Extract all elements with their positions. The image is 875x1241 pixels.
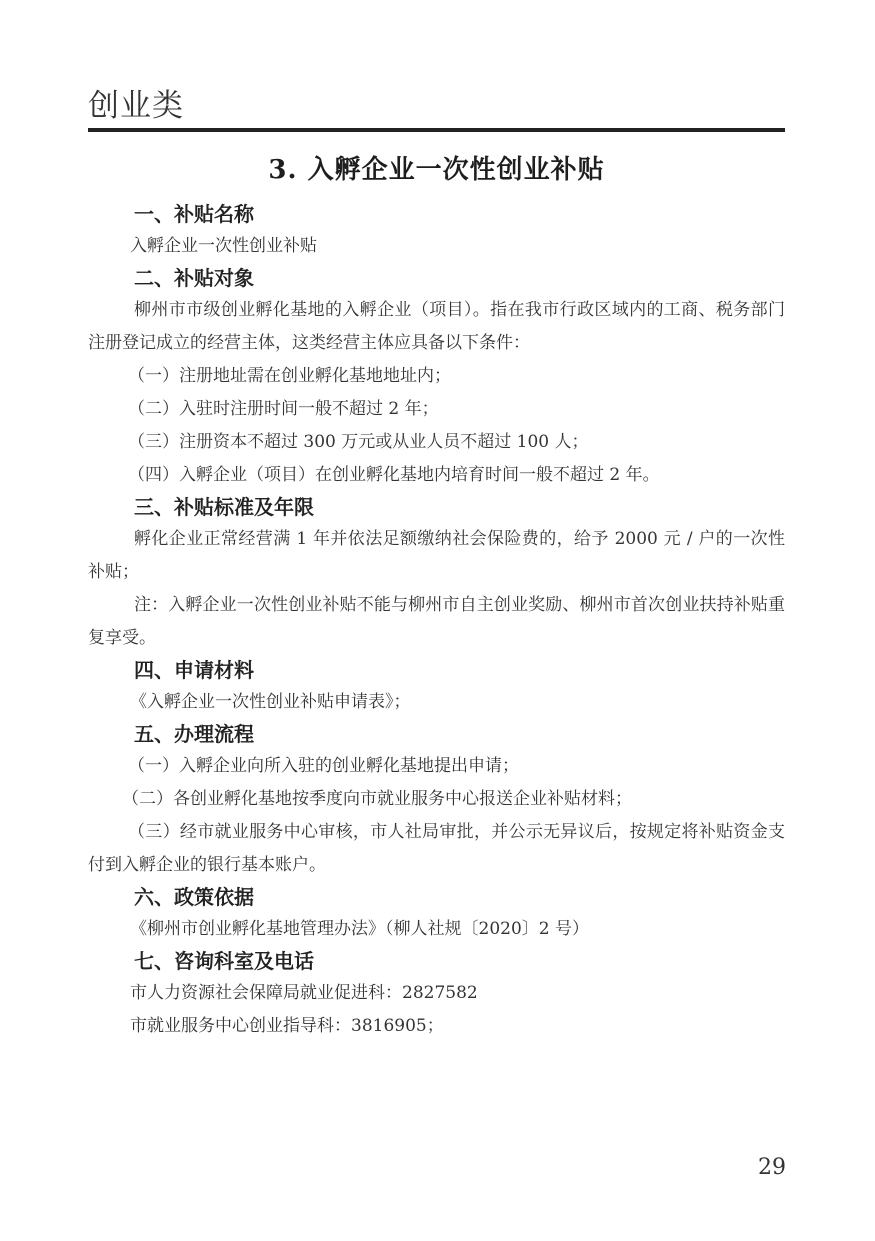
condition-item: （四）入孵企业（项目）在创业孵化基地内培育时间一般不超过 2 年。 — [88, 459, 785, 492]
process-step: （一）入孵企业向所入驻的创业孵化基地提出申请； — [88, 750, 785, 783]
standard-note: 注：入孵企业一次性创业补贴不能与柳州市自主创业奖励、柳州市首次创业扶持补贴重复享… — [88, 589, 785, 655]
section-heading-standard: 三、补贴标准及年限 — [88, 492, 785, 523]
section-heading-process: 五、办理流程 — [88, 719, 785, 750]
page-number: 29 — [758, 1155, 786, 1180]
materials-item: 《入孵企业一次性创业补贴申请表》； — [88, 686, 785, 719]
condition-item: （三）注册资本不超过 300 万元或从业人员不超过 100 人； — [88, 426, 785, 459]
category-label: 创业类 — [88, 86, 184, 126]
section-heading-name: 一、补贴名称 — [88, 199, 785, 230]
contact-item: 市就业服务中心创业指导科：3816905； — [88, 1010, 785, 1043]
document-body: 一、补贴名称 入孵企业一次性创业补贴 二、补贴对象 柳州市市级创业孵化基地的入孵… — [88, 199, 785, 1043]
target-description: 柳州市市级创业孵化基地的入孵企业（项目）。指在我市行政区域内的工商、税务部门注册… — [88, 294, 785, 360]
section-heading-contact: 七、咨询科室及电话 — [88, 946, 785, 977]
contact-item: 市人力资源社会保障局就业促进科：2827582 — [88, 977, 785, 1010]
document-page: 创业类 3. 入孵企业一次性创业补贴 一、补贴名称 入孵企业一次性创业补贴 二、… — [0, 0, 875, 1241]
condition-item: （一）注册地址需在创业孵化基地地址内； — [88, 360, 785, 393]
header-divider — [88, 128, 785, 132]
condition-item: （二）入驻时注册时间一般不超过 2 年； — [88, 393, 785, 426]
process-step: （二）各创业孵化基地按季度向市就业服务中心报送企业补贴材料； — [88, 783, 785, 816]
section-heading-policy: 六、政策依据 — [88, 882, 785, 913]
section-heading-target: 二、补贴对象 — [88, 263, 785, 294]
page-title: 3. 入孵企业一次性创业补贴 — [88, 150, 785, 190]
standard-description: 孵化企业正常经营满 1 年并依法足额缴纳社会保险费的，给予 2000 元 / 户… — [88, 523, 785, 589]
process-step: （三）经市就业服务中心审核，市人社局审批，并公示无异议后，按规定将补贴资金支付到… — [88, 816, 785, 882]
policy-basis: 《柳州市创业孵化基地管理办法》（柳人社规〔2020〕2 号） — [88, 913, 785, 946]
section-heading-materials: 四、申请材料 — [88, 655, 785, 686]
subsidy-name: 入孵企业一次性创业补贴 — [88, 230, 785, 263]
